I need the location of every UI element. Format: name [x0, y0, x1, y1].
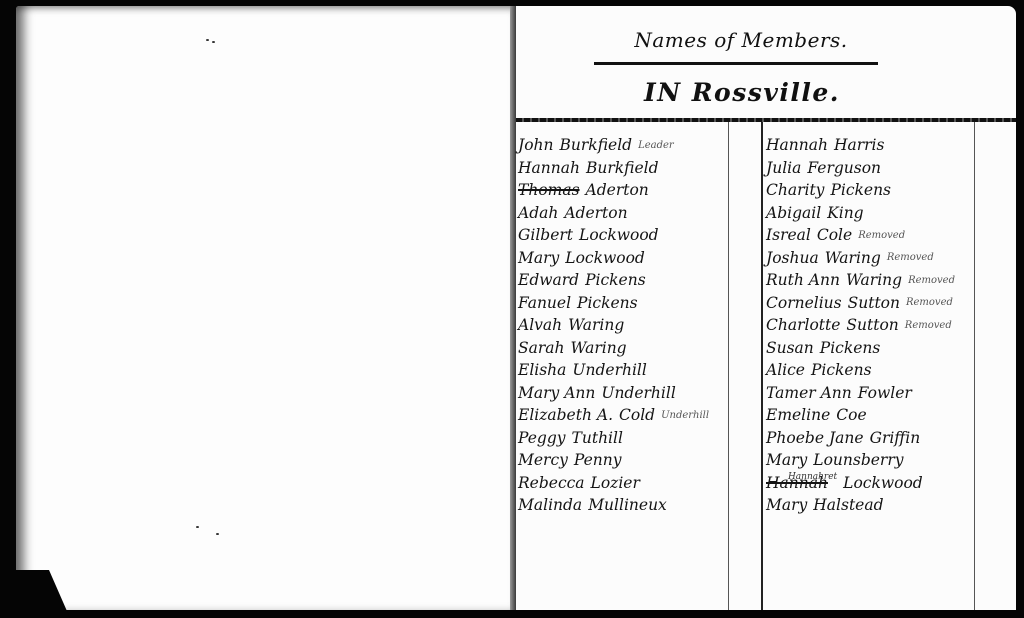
member-given-name: Thomas	[518, 181, 580, 199]
members-column-2: HannahHarrisJuliaFergusonCharityPickensA…	[766, 134, 1016, 517]
register-heading: Names of Members. IN Rossville.	[516, 6, 1016, 118]
member-given-name: Mary	[518, 249, 559, 267]
member-surname: Underhill	[572, 361, 646, 379]
member-entry: Phoebe JaneGriffin	[766, 427, 1016, 450]
member-entry: Mary AnnUnderhill	[518, 382, 758, 405]
heading-divider-rule	[516, 118, 1016, 122]
member-given-name: Elisha	[518, 361, 566, 379]
member-given-name: Tamer Ann	[766, 384, 852, 402]
heading-names-of-members: Names of Members.	[616, 28, 866, 52]
member-given-name: Mercy	[518, 451, 568, 469]
member-given-name: Hannah	[518, 159, 580, 177]
member-entry: MalindaMullineux	[518, 494, 758, 517]
member-note: Removed	[906, 297, 953, 308]
member-given-name: Charlotte	[766, 316, 840, 334]
member-entry: AlicePickens	[766, 359, 1016, 382]
member-entry: AdahAderton	[518, 202, 758, 225]
scanned-register-spread: Names of Members. IN Rossville. JohnBurk…	[0, 0, 1024, 618]
member-given-name: Cornelius	[766, 294, 842, 312]
member-entry: ThomasAderton	[518, 179, 758, 202]
paper-speck	[212, 41, 215, 43]
member-surname: Griffin	[870, 429, 921, 447]
member-entry: Ruth AnnWaringRemoved	[766, 269, 1016, 292]
member-surname: Coe	[836, 406, 866, 424]
member-given-name: Gilbert	[518, 226, 573, 244]
member-entry: HannahHarris	[766, 134, 1016, 157]
member-given-name: Abigail	[766, 204, 821, 222]
member-surname: Sutton	[848, 294, 900, 312]
member-entry: Tamer AnnFowler	[766, 382, 1016, 405]
page-edge	[1016, 6, 1024, 610]
member-entry: CharityPickens	[766, 179, 1016, 202]
left-blank-page	[16, 6, 512, 610]
member-surname: Cole	[817, 226, 852, 244]
member-entry: AlvahWaring	[518, 314, 758, 337]
member-given-name: Susan	[766, 339, 814, 357]
member-surname: Lozier	[591, 474, 640, 492]
member-surname: Penny	[574, 451, 622, 469]
member-entry: HannahHannahretLockwood	[766, 472, 1016, 495]
member-surname: Pickens	[820, 339, 881, 357]
member-given-name: Alvah	[518, 316, 562, 334]
member-given-name: Adah	[518, 204, 558, 222]
member-surname: Lockwood	[579, 226, 659, 244]
member-entry: FanuelPickens	[518, 292, 758, 315]
member-entry: PeggyTuthill	[518, 427, 758, 450]
member-entry: ElishaUnderhill	[518, 359, 758, 382]
member-entry: EdwardPickens	[518, 269, 758, 292]
member-given-name: Mary	[766, 496, 807, 514]
member-entry: IsrealColeRemoved	[766, 224, 1016, 247]
member-entry: CharlotteSuttonRemoved	[766, 314, 1016, 337]
member-entry: JoshuaWaringRemoved	[766, 247, 1016, 270]
member-surname: Waring	[846, 271, 902, 289]
member-note: Removed	[908, 275, 955, 286]
member-given-name: Hannah	[766, 136, 828, 154]
member-surname: Mullineux	[588, 496, 667, 514]
member-surname: Waring	[568, 316, 624, 334]
member-surname: Cold	[619, 406, 655, 424]
member-given-name: John	[518, 136, 554, 154]
member-surname: Halstead	[813, 496, 883, 514]
member-entry: SarahWaring	[518, 337, 758, 360]
member-surname: Lockwood	[565, 249, 645, 267]
paper-speck	[216, 533, 219, 535]
member-surname: Fowler	[858, 384, 912, 402]
paper-speck	[206, 39, 209, 41]
member-given-name: Phoebe Jane	[766, 429, 864, 447]
member-entry: JohnBurkfieldLeader	[518, 134, 758, 157]
member-entry: MaryHalstead	[766, 494, 1016, 517]
member-entry: EmelineCoe	[766, 404, 1016, 427]
member-surname: Tuthill	[572, 429, 623, 447]
member-surname: Lounsberry	[813, 451, 903, 469]
member-given-name: Malinda	[518, 496, 582, 514]
member-surname: Pickens	[830, 181, 891, 199]
member-note: Removed	[858, 230, 905, 241]
member-entry: MaryLockwood	[518, 247, 758, 270]
member-given-name: Edward	[518, 271, 579, 289]
member-given-name: Sarah	[518, 339, 565, 357]
member-note: Removed	[887, 252, 934, 263]
member-given-name: Alice	[766, 361, 805, 379]
member-given-name: Isreal	[766, 226, 811, 244]
member-entry: Elizabeth A.ColdUnderhill	[518, 404, 758, 427]
member-given-name: Ruth Ann	[766, 271, 840, 289]
member-entry: HannahBurkfield	[518, 157, 758, 180]
member-given-name: Elizabeth A.	[518, 406, 613, 424]
member-surname: Pickens	[577, 294, 638, 312]
member-entry: MercyPenny	[518, 449, 758, 472]
member-given-name: Julia	[766, 159, 801, 177]
member-surname: Harris	[834, 136, 885, 154]
member-surname: Ferguson	[807, 159, 881, 177]
member-note: Removed	[905, 320, 952, 331]
member-given-name: Joshua	[766, 249, 819, 267]
member-note: Leader	[638, 140, 674, 151]
member-entry: JuliaFerguson	[766, 157, 1016, 180]
member-entry: CorneliusSuttonRemoved	[766, 292, 1016, 315]
heading-underline	[594, 62, 878, 65]
member-surname: Aderton	[586, 181, 649, 199]
paper-speck	[196, 526, 199, 528]
member-surname: Pickens	[811, 361, 872, 379]
member-surname: Underhill	[601, 384, 675, 402]
member-given-name: Emeline	[766, 406, 830, 424]
member-entry: MaryLounsberry	[766, 449, 1016, 472]
member-given-name: Fanuel	[518, 294, 571, 312]
right-register-page: Names of Members. IN Rossville. JohnBurk…	[516, 6, 1016, 610]
member-surname: Sutton	[846, 316, 898, 334]
member-surname: Waring	[825, 249, 881, 267]
member-name-insertion: Hannahret	[788, 472, 837, 482]
heading-location: IN Rossville.	[612, 78, 872, 107]
member-surname: Aderton	[564, 204, 627, 222]
member-entry: SusanPickens	[766, 337, 1016, 360]
member-entry: AbigailKing	[766, 202, 1016, 225]
column-divider	[761, 122, 763, 610]
member-surname: King	[827, 204, 863, 222]
member-surname: Pickens	[585, 271, 646, 289]
member-given-name: Mary Ann	[518, 384, 595, 402]
member-given-name: Charity	[766, 181, 824, 199]
member-given-name: Rebecca	[518, 474, 585, 492]
member-surname: Burkfield	[586, 159, 659, 177]
member-given-name: Peggy	[518, 429, 566, 447]
member-surname: Waring	[571, 339, 627, 357]
member-surname: Burkfield	[560, 136, 633, 154]
members-column-1: JohnBurkfieldLeaderHannahBurkfieldThomas…	[518, 134, 758, 517]
member-entry: GilbertLockwood	[518, 224, 758, 247]
member-surname: Lockwood	[843, 474, 923, 492]
member-note: Underhill	[661, 410, 709, 421]
member-given-name: Mary	[766, 451, 807, 469]
member-entry: RebeccaLozier	[518, 472, 758, 495]
